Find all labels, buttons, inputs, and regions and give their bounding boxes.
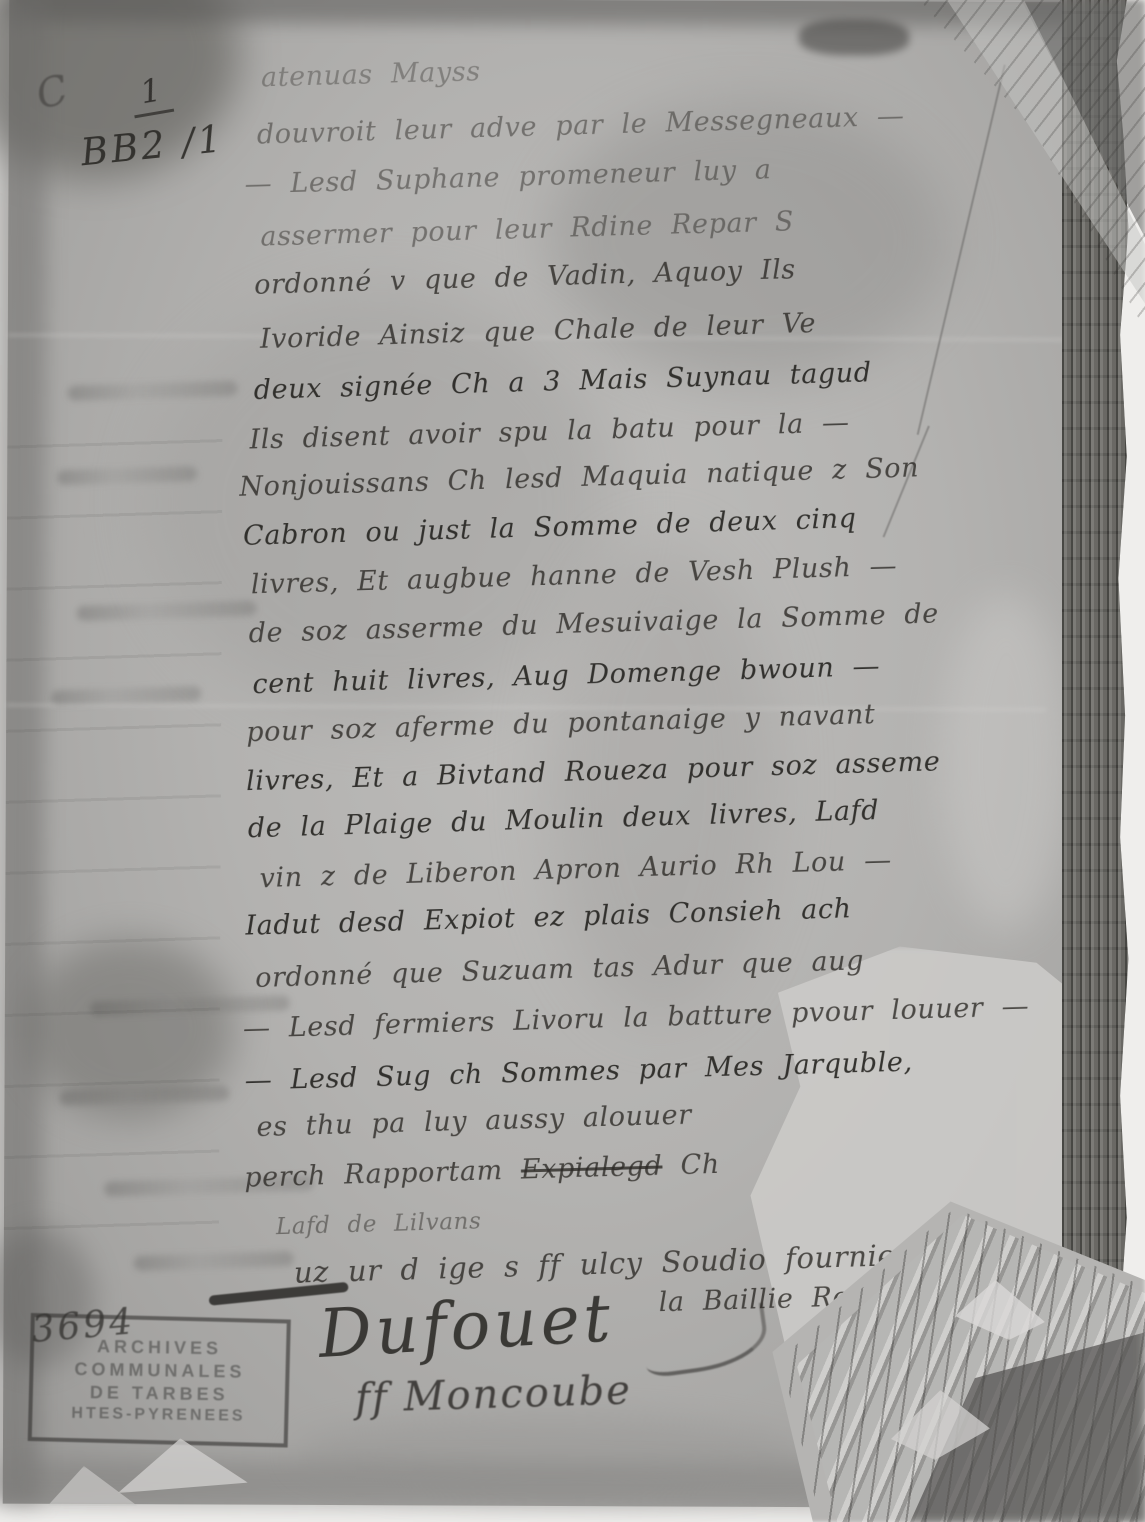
manuscript-line: perch Rapportam Expialegd Ch — [244, 1149, 720, 1194]
signature-secondary: ff Moncoube — [355, 1368, 633, 1422]
signature-primary: Dufouet — [317, 1279, 617, 1373]
ink-blot-top — [799, 19, 909, 55]
manuscript-line-fragment: Ch — [662, 1149, 720, 1182]
manuscript-line: es thu pa luy aussy alouuer — [256, 1099, 692, 1143]
manuscript-line: Lafd de Lilvans — [276, 1208, 482, 1240]
stamp-line: COMMUNALES — [74, 1358, 245, 1382]
manuscript-line: Iadut desd Expiot ez plais Consieh ach — [245, 893, 852, 941]
manuscript-line-fragment: perch Rapportam — [244, 1155, 522, 1194]
manuscript-line: atenuas Mayss — [261, 56, 482, 93]
folio-number: 1 — [128, 69, 175, 118]
scanned-manuscript-image: C 1 BB2 /1 atenuas Mayss douvroit leur a… — [0, 0, 1145, 1522]
light-patch-right — [940, 592, 1071, 933]
struck-word: Expialegd — [520, 1150, 662, 1185]
pencil-inventory-number: 3694 — [30, 1302, 137, 1351]
stamp-line: DE TARBES — [89, 1382, 228, 1405]
bleedthrough-ruling — [4, 378, 223, 1279]
manuscript-line: ordonné que Suzuam tas Adur que aug — [255, 945, 865, 994]
stamp-line: HTES-PYRENEES — [71, 1404, 245, 1425]
